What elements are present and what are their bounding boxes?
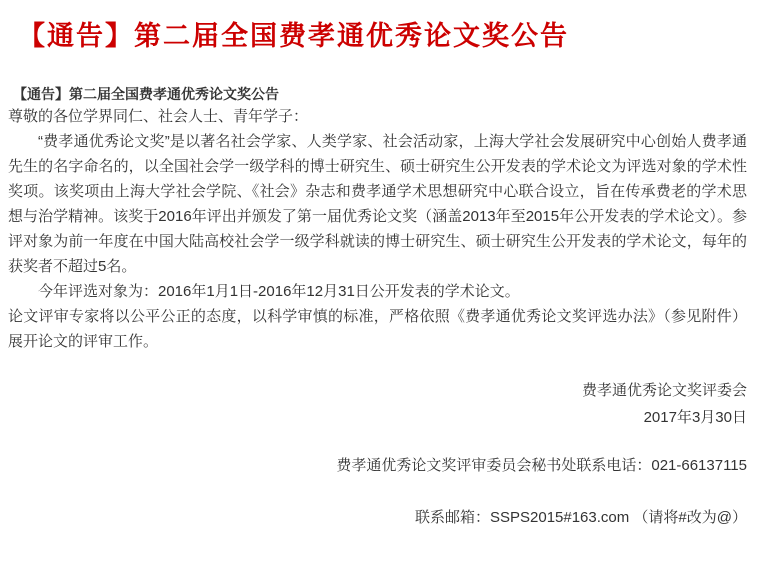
signature-date: 2017年3月30日 [8, 404, 747, 431]
article-subtitle: 【通告】第二届全国费孝通优秀论文奖公告 [13, 84, 746, 104]
contact-email-line: 联系邮箱：SSPS2015#163.com （请将#改为@） [8, 504, 747, 531]
paragraph-scope: 今年评选对象为：2016年1月1日-2016年12月31日公开发表的学术论文。 [8, 279, 747, 304]
greeting-line: 尊敬的各位学界同仁、社会人士、青年学子： [8, 104, 747, 129]
paragraph-intro: “费孝通优秀论文奖”是以著名社会学家、人类学家、社会活动家，上海大学社会发展研究… [8, 129, 747, 279]
signature-committee: 费孝通优秀论文奖评委会 [8, 377, 747, 404]
article-body: 尊敬的各位学界同仁、社会人士、青年学子： “费孝通优秀论文奖”是以著名社会学家、… [8, 104, 747, 354]
paragraph-review: 论文评审专家将以公平公正的态度，以科学审慎的标准，严格依照《费孝通优秀论文奖评选… [8, 304, 747, 354]
contact-phone-line: 费孝通优秀论文奖评审委员会秘书处联系电话：021-66137115 [8, 452, 747, 479]
signature-block: 费孝通优秀论文奖评委会 2017年3月30日 [8, 377, 747, 431]
page-title: 【通告】第二届全国费孝通优秀论文奖公告 [18, 20, 746, 53]
